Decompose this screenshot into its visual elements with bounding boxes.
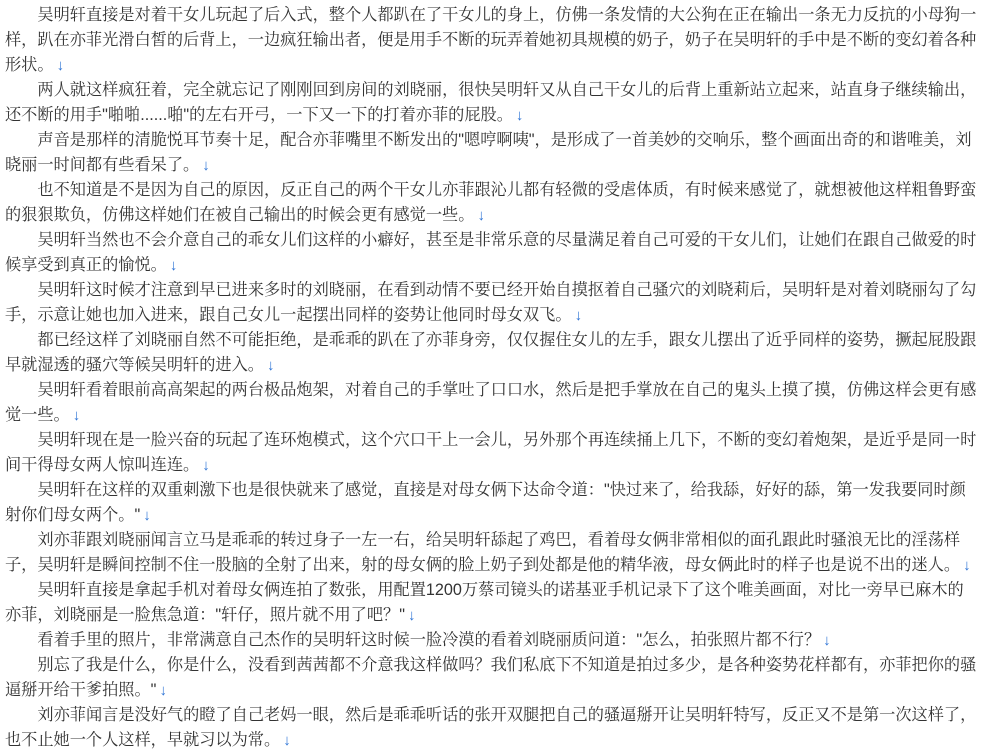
paragraph: 刘亦菲跟刘晓丽闻言立马是乖乖的转过身子一左一右，给吴明轩舔起了鸡巴，看着母女俩非…: [5, 528, 978, 578]
line-break-arrow-icon: ↓: [283, 732, 291, 749]
paragraph-text: 吴明轩当然也不会介意自己的乖女儿们这样的小癖好，甚至是非常乐意的尽量满足着自己可…: [5, 231, 976, 274]
paragraph-text: 吴明轩这时候才注意到早已进来多时的刘晓丽，在看到动情不要已经开始自摸抠着自己骚穴…: [5, 281, 976, 324]
paragraph: 吴明轩在这样的双重刺激下也是很快就来了感觉，直接是对母女俩下达命令道："快过来了…: [5, 478, 978, 528]
paragraph: 吴明轩直接是对着干女儿玩起了后入式，整个人都趴在了干女儿的身上，仿佛一条发情的大…: [5, 3, 978, 78]
line-break-arrow-icon: ↓: [963, 557, 971, 574]
paragraph-text: 刘亦菲跟刘晓丽闻言立马是乖乖的转过身子一左一右，给吴明轩舔起了鸡巴，看着母女俩非…: [5, 531, 960, 574]
paragraph: 吴明轩当然也不会介意自己的乖女儿们这样的小癖好，甚至是非常乐意的尽量满足着自己可…: [5, 228, 978, 278]
paragraph-text: 看着手里的照片，非常满意自己杰作的吴明轩这时候一脸冷漠的看着刘晓丽质问道："怎么…: [37, 631, 820, 649]
paragraph: 都已经这样了刘晓丽自然不可能拒绝，是乖乖的趴在了亦菲身旁，仅仅握住女儿的左手，跟…: [5, 328, 978, 378]
paragraph: 别忘了我是什么，你是什么，没看到茜茜都不介意我这样做吗？我们私底下不知道是拍过多…: [5, 653, 978, 703]
paragraph: 吴明轩看着眼前高高架起的两台极品炮架，对着自己的手掌吐了口口水，然后是把手掌放在…: [5, 378, 978, 428]
line-break-arrow-icon: ↓: [575, 307, 583, 324]
paragraph: 看着手里的照片，非常满意自己杰作的吴明轩这时候一脸冷漠的看着刘晓丽质问道："怎么…: [5, 628, 978, 653]
line-break-arrow-icon: ↓: [202, 457, 210, 474]
paragraph-text: 都已经这样了刘晓丽自然不可能拒绝，是乖乖的趴在了亦菲身旁，仅仅握住女儿的左手，跟…: [5, 331, 976, 374]
paragraph: 吴明轩现在是一脸兴奋的玩起了连环炮模式，这个穴口干上一会儿，另外那个再连续捅上几…: [5, 428, 978, 478]
line-break-arrow-icon: ↓: [202, 157, 210, 174]
paragraph-text: 也不知道是不是因为自己的原因，反正自己的两个干女儿亦菲跟沁儿都有轻微的受虐体质，…: [5, 181, 976, 224]
line-break-arrow-icon: ↓: [159, 682, 167, 699]
line-break-arrow-icon: ↓: [73, 407, 81, 424]
paragraph: 两人就这样疯狂着，完全就忘记了刚刚回到房间的刘晓丽，很快吴明轩又从自己干女儿的后…: [5, 78, 978, 128]
line-break-arrow-icon: ↓: [408, 607, 416, 624]
paragraph: 吴明轩直接是拿起手机对着母女俩连拍了数张，用配置1200万蔡司镜头的诺基亚手机记…: [5, 578, 978, 628]
paragraph: 也不知道是不是因为自己的原因，反正自己的两个干女儿亦菲跟沁儿都有轻微的受虐体质，…: [5, 178, 978, 228]
paragraph-text: 吴明轩直接是对着干女儿玩起了后入式，整个人都趴在了干女儿的身上，仿佛一条发情的大…: [5, 6, 976, 74]
paragraph-text: 吴明轩直接是拿起手机对着母女俩连拍了数张，用配置1200万蔡司镜头的诺基亚手机记…: [5, 581, 964, 624]
line-break-arrow-icon: ↓: [57, 57, 65, 74]
paragraph-text: 别忘了我是什么，你是什么，没看到茜茜都不介意我这样做吗？我们私底下不知道是拍过多…: [5, 656, 976, 699]
paragraph-text: 声音是那样的清脆悦耳节奏十足，配合亦菲嘴里不断发出的"嗯哼啊咦"，是形成了一首美…: [5, 131, 972, 174]
line-break-arrow-icon: ↓: [823, 632, 831, 649]
paragraph: 声音是那样的清脆悦耳节奏十足，配合亦菲嘴里不断发出的"嗯哼啊咦"，是形成了一首美…: [5, 128, 978, 178]
line-break-arrow-icon: ↓: [170, 257, 178, 274]
line-break-arrow-icon: ↓: [267, 357, 275, 374]
paragraph: 吴明轩这时候才注意到早已进来多时的刘晓丽，在看到动情不要已经开始自摸抠着自己骚穴…: [5, 278, 978, 328]
line-break-arrow-icon: ↓: [143, 507, 151, 524]
line-break-arrow-icon: ↓: [477, 207, 485, 224]
paragraph-text: 两人就这样疯狂着，完全就忘记了刚刚回到房间的刘晓丽，很快吴明轩又从自己干女儿的后…: [5, 81, 976, 124]
paragraph-text: 吴明轩看着眼前高高架起的两台极品炮架，对着自己的手掌吐了口口水，然后是把手掌放在…: [5, 381, 976, 424]
paragraph-text: 吴明轩现在是一脸兴奋的玩起了连环炮模式，这个穴口干上一会儿，另外那个再连续捅上几…: [5, 431, 976, 474]
paragraph: 刘亦菲闻言是没好气的瞪了自己老妈一眼，然后是乖乖听话的张开双腿把自己的骚逼掰开让…: [5, 703, 978, 752]
document-page: 吴明轩直接是对着干女儿玩起了后入式，整个人都趴在了干女儿的身上，仿佛一条发情的大…: [0, 0, 984, 752]
line-break-arrow-icon: ↓: [516, 107, 524, 124]
paragraph-text: 刘亦菲闻言是没好气的瞪了自己老妈一眼，然后是乖乖听话的张开双腿把自己的骚逼掰开让…: [5, 706, 976, 749]
